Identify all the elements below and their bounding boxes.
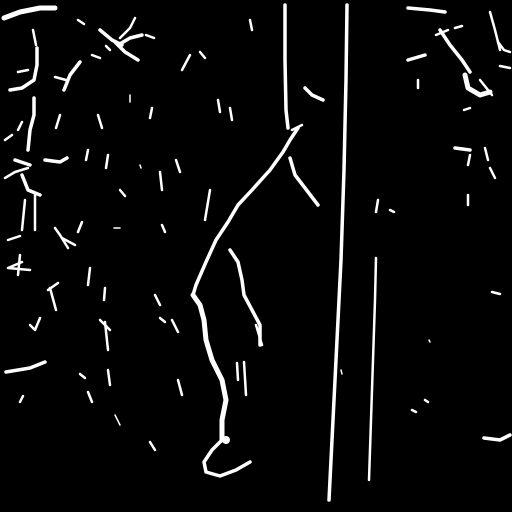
background	[0, 0, 512, 512]
segmentation-mask	[0, 0, 512, 512]
